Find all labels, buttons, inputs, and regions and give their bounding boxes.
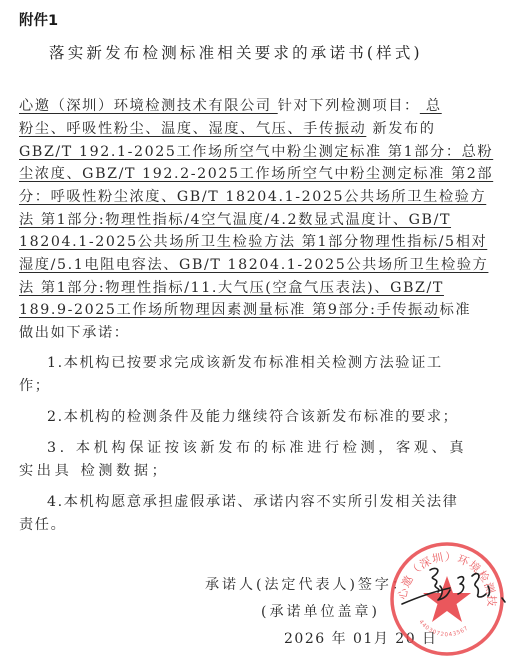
- commitment-item: 1.本机构已按要求完成该新发布标准相关检测方法验证工: [47, 354, 443, 372]
- filled-field-text: 法 第1部分:物理性指标/4空气温度/4.2数显式温度计、GB/T: [19, 212, 451, 228]
- filled-field-text: 法 第1部分:物理性指标/11.大气压(空盒气压表法)、GBZ/T: [19, 280, 444, 296]
- filled-field-text: 湿度/5.1电阻电容法、GB/T 18204.1-2025公共场所卫生检验方: [19, 257, 488, 273]
- body-line: 尘浓度、GBZ/T 192.2-2025工作场所空气中粉尘测定标准 第2部: [19, 165, 493, 183]
- attachment-label: 附件1: [19, 9, 58, 30]
- commitment-item-continued: 实出具 检测数据；: [19, 462, 169, 480]
- filled-field-text: 18204.1-2025公共场所卫生检验方法 第1部分物理性指标/5相对: [19, 234, 487, 250]
- filled-field-text: 总: [420, 98, 442, 114]
- svg-text:4403072043567: 4403072043567: [417, 619, 470, 638]
- commitment-item: 3. 本机构保证按该新发布的标准进行检测，客观、真: [47, 439, 467, 457]
- filled-field-text: 心邀（深圳）环境检测技术有限公司: [19, 98, 278, 114]
- filled-field-text: 粉尘、呼吸性粉尘、温度、湿度、气压、手传振动: [19, 121, 366, 137]
- body-line: GBZ/T 192.1-2025工作场所空气中粉尘测定标准 第1部分：总粉: [19, 143, 493, 161]
- signer-label: 承诺人(法定代表人)签字：: [205, 574, 409, 594]
- body-text: 新发布的: [366, 121, 435, 137]
- commitment-item: 2.本机构的检测条件及能力继续符合该新发布标准的要求；: [47, 408, 458, 426]
- body-line: 18204.1-2025公共场所卫生检验方法 第1部分物理性指标/5相对: [19, 233, 487, 251]
- body-line: 法 第1部分:物理性指标/4空气温度/4.2数显式温度计、GB/T: [19, 211, 451, 229]
- handwritten-signature-icon: [392, 564, 510, 614]
- commitment-item-continued: 责任。: [19, 516, 66, 534]
- body-text: 针对下列检测项目：: [278, 98, 420, 114]
- document-title: 落实新发布检测标准相关要求的承诺书(样式): [49, 41, 423, 63]
- commitment-item: 4.本机构愿意承担虚假承诺、承诺内容不实所引发相关法律: [47, 493, 458, 511]
- commitment-item-continued: 作；: [19, 377, 51, 395]
- body-line: 分：呼吸性粉尘浓度、GB/T 18204.1-2025公共场所卫生检验方: [19, 188, 486, 206]
- body-line: 189.9-2025工作场所物理因素测量标准 第9部分:手传振动标准: [19, 301, 471, 319]
- body-line: 粉尘、呼吸性粉尘、温度、湿度、气压、手传振动 新发布的: [19, 120, 436, 138]
- filled-field-text: GBZ/T 192.1-2025工作场所空气中粉尘测定标准 第1部分：总粉: [19, 144, 493, 160]
- filled-field-text: 分：呼吸性粉尘浓度、GB/T 18204.1-2025公共场所卫生检验方: [19, 189, 486, 205]
- filled-field-text: 189.9-2025工作场所物理因素测量标准 第9部分:手传振动: [19, 302, 440, 318]
- body-line: 湿度/5.1电阻电容法、GB/T 18204.1-2025公共场所卫生检验方: [19, 256, 488, 274]
- seal-label: (承诺单位盖章): [261, 601, 380, 621]
- body-line: 心邀（深圳）环境检测技术有限公司 针对下列检测项目： 总: [19, 97, 442, 115]
- filled-field-text: 尘浓度、GBZ/T 192.2-2025工作场所空气中粉尘测定标准 第2部: [19, 166, 493, 182]
- body-line: 做出如下承诺：: [19, 324, 130, 342]
- body-text: 做出如下承诺：: [19, 325, 130, 341]
- body-text: 标准: [440, 302, 472, 318]
- body-line: 法 第1部分:物理性指标/11.大气压(空盒气压表法)、GBZ/T: [19, 279, 444, 297]
